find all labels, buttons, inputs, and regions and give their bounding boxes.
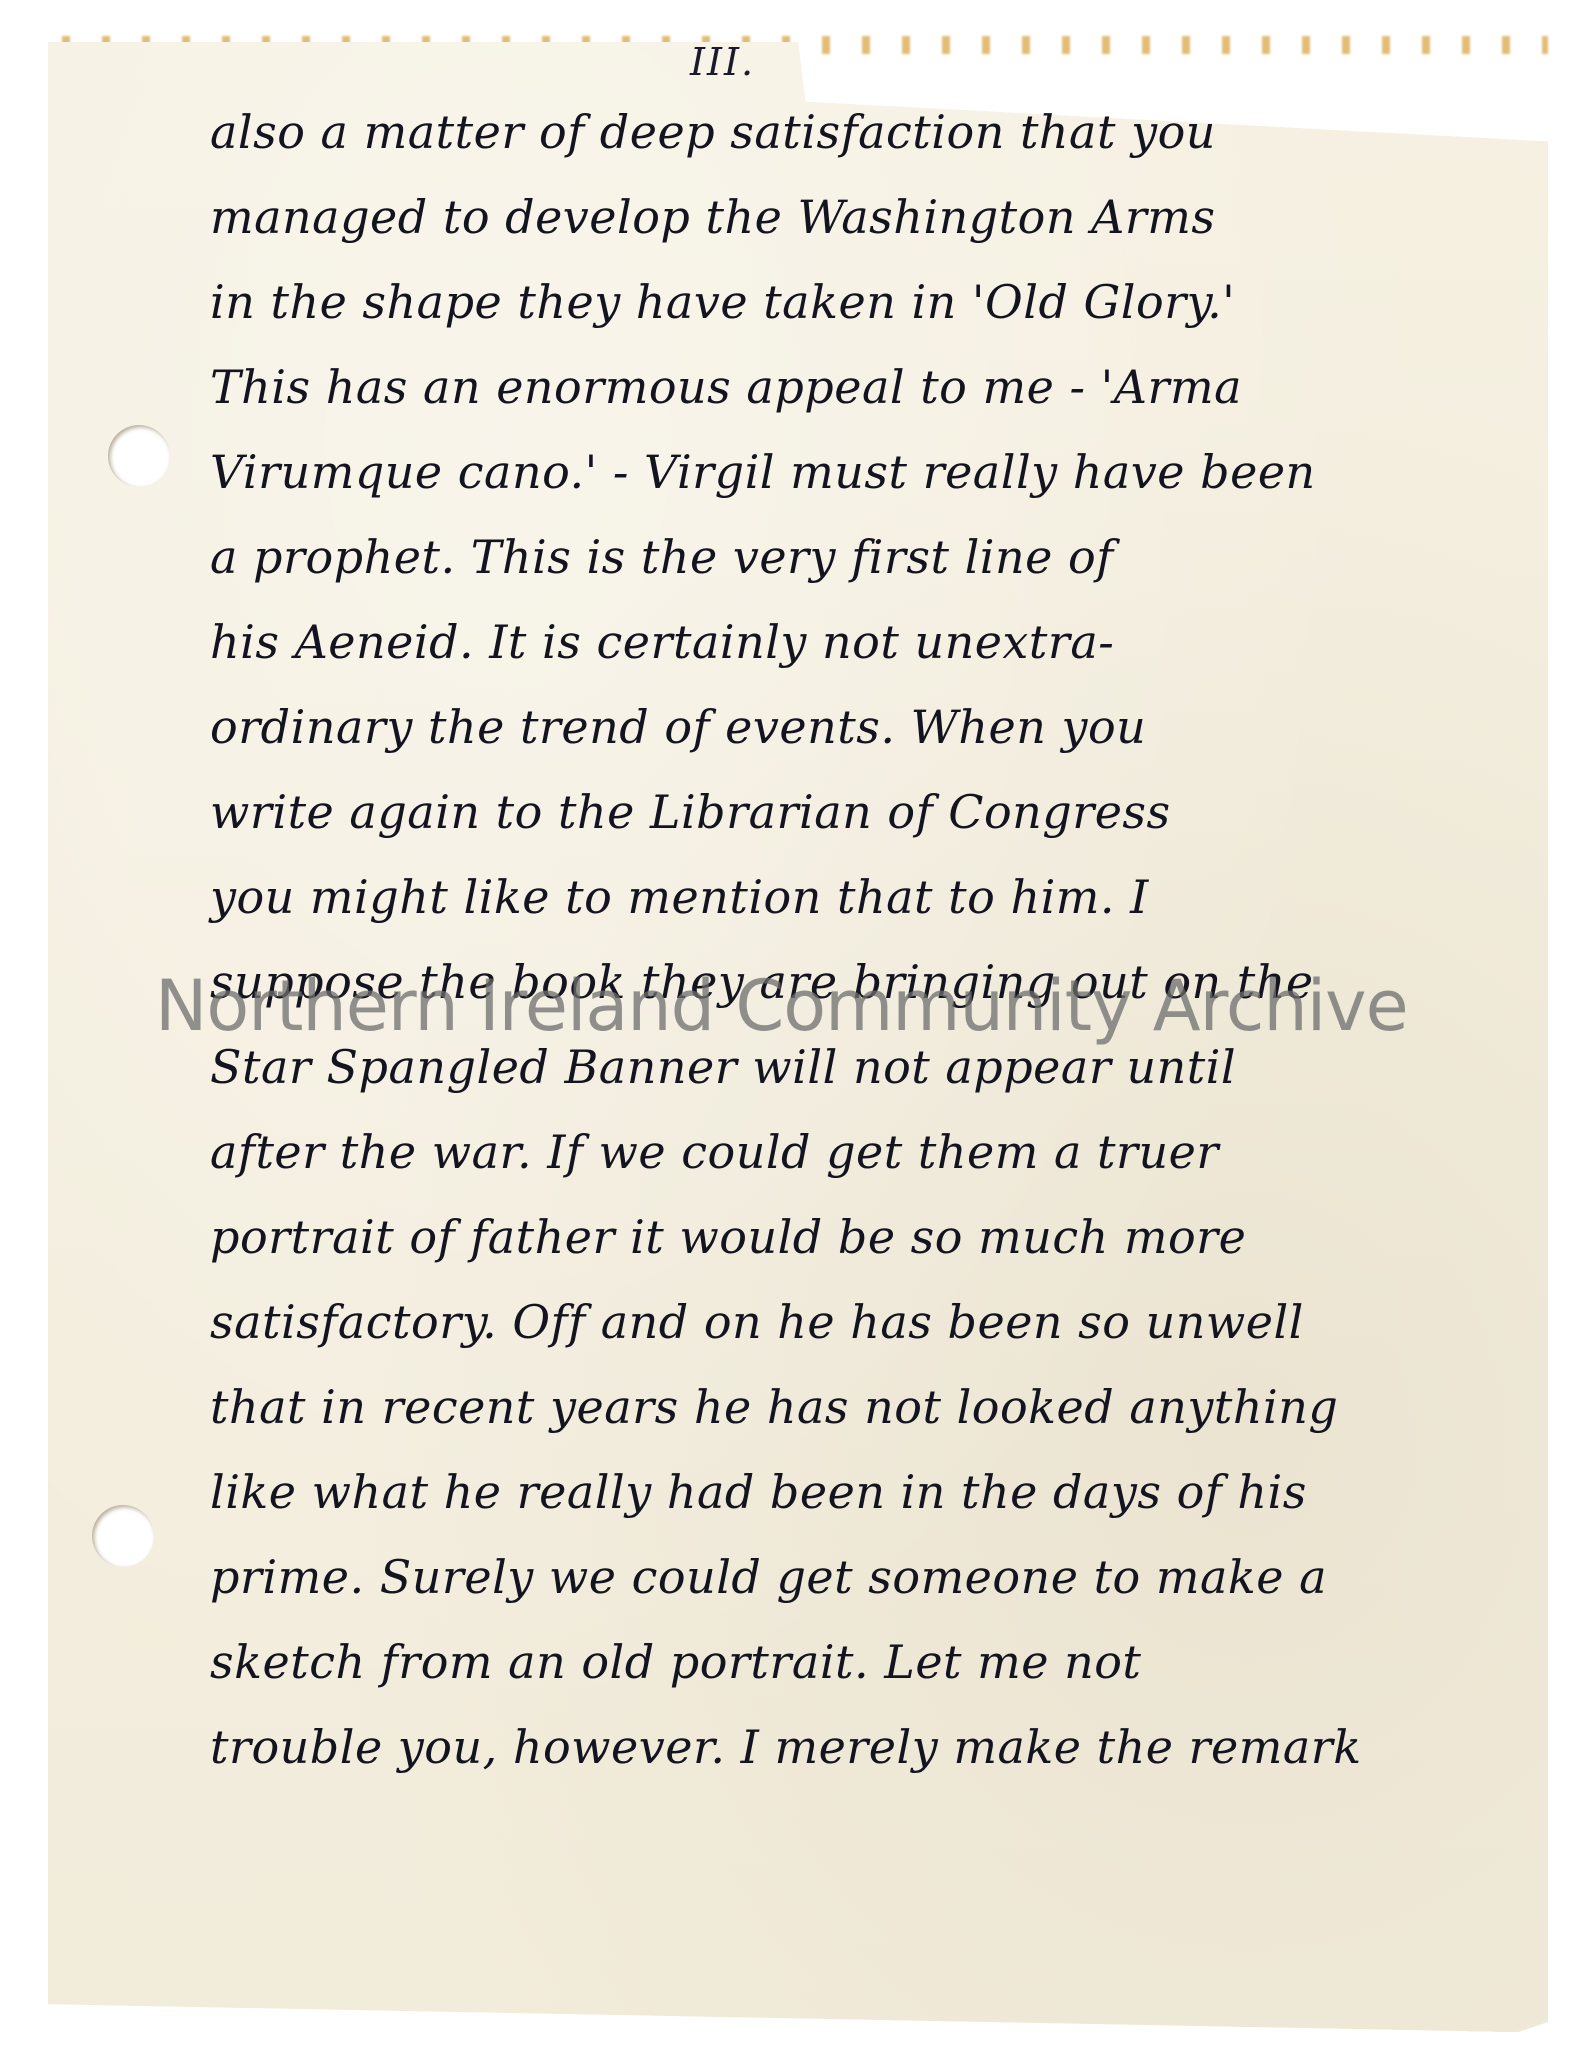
text-line: in the shape they have taken in 'Old Glo… [210,260,1500,345]
text-line: This has an enormous appeal to me - 'Arm… [210,345,1500,430]
text-line: sketch from an old portrait. Let me not [210,1620,1500,1705]
text-line: write again to the Librarian of Congress [210,770,1500,855]
text-line: his Aeneid. It is certainly not unextra- [210,600,1500,685]
text-line: Virumque cano.' - Virgil must really hav… [210,430,1500,515]
punch-hole-top [108,425,170,487]
text-line: also a matter of deep satisfaction that … [210,90,1500,175]
text-line: like what he really had been in the days… [210,1450,1500,1535]
text-line: trouble you, however. I merely make the … [210,1705,1500,1790]
text-line: managed to develop the Washington Arms [210,175,1500,260]
text-line: ordinary the trend of events. When you [210,685,1500,770]
archive-watermark: Northern Ireland Community Archive [155,965,1408,1047]
text-line: you might like to mention that to him. I [210,855,1500,940]
page-number: III. [690,40,755,84]
text-line: that in recent years he has not looked a… [210,1365,1500,1450]
text-line: a prophet. This is the very first line o… [210,515,1500,600]
text-line: satisfactory. Off and on he has been so … [210,1280,1500,1365]
punch-hole-bottom [92,1505,154,1567]
text-line: after the war. If we could get them a tr… [210,1110,1500,1195]
text-line: prime. Surely we could get someone to ma… [210,1535,1500,1620]
letter-body: also a matter of deep satisfaction that … [210,90,1500,1790]
text-line: portrait of father it would be so much m… [210,1195,1500,1280]
